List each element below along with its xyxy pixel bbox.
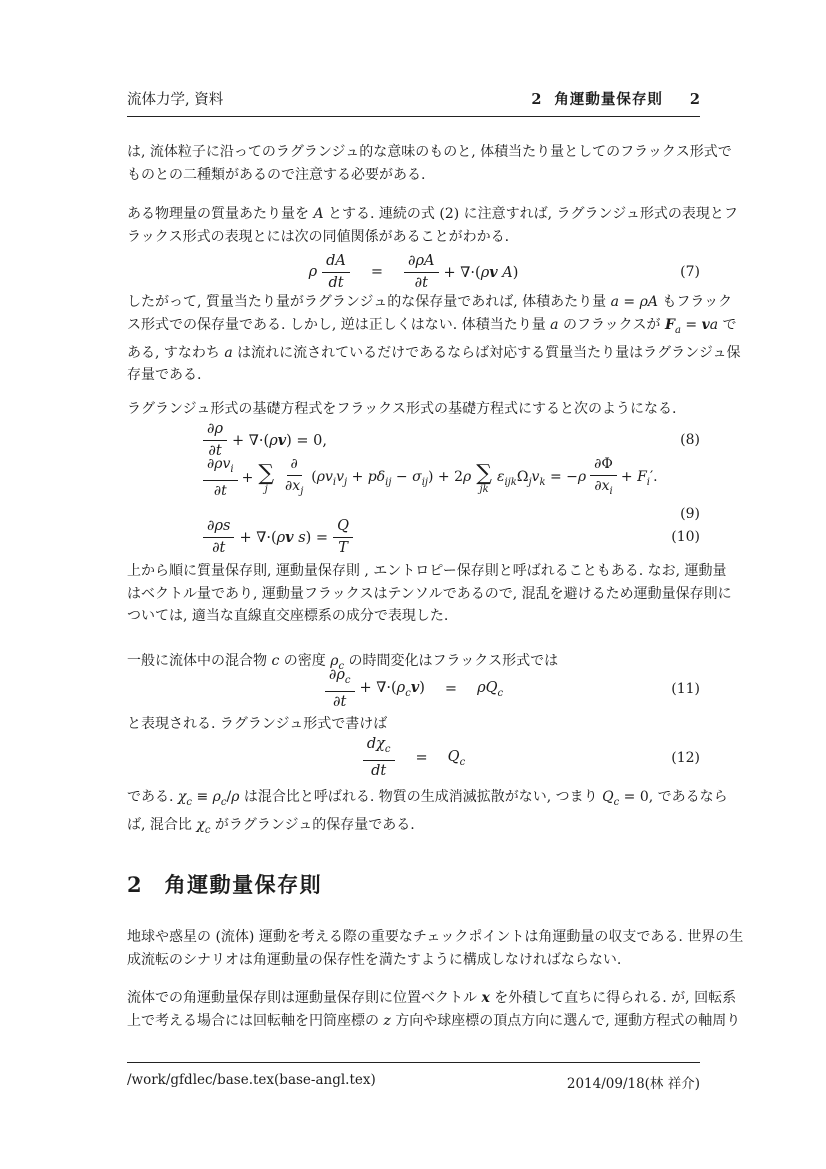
text-line: 流体での角運動量保存則は運動量保存則に位置ベクトル x を外積して直ちに得られる…	[127, 987, 700, 1010]
text-line: 地球や惑星の (流体) 運動を考える際の重要なチェックポイントは角運動量の収支で…	[127, 926, 700, 949]
fraction-numerator: dχc	[363, 735, 395, 761]
text-line: ある物理量の質量あたり量を A とする. 連続の式 (2) に注意すれば, ラグ…	[127, 203, 700, 226]
text-line: ものとの二種類があるので注意する必要がある.	[127, 164, 700, 187]
fraction-numerator: ∂ρs	[203, 517, 234, 538]
fraction-numerator: ∂	[287, 455, 302, 476]
footer-date-author: 2014/09/18(林 祥介)	[567, 1072, 700, 1092]
body-paragraph-1: は, 流体粒子に沿ってのラグランジュ的な意味のものと, 体積当たり量としてのフラ…	[127, 141, 700, 186]
fraction-denominator: ∂t	[208, 538, 229, 558]
fraction: dA dt	[322, 252, 350, 293]
fraction-denominator: ∂xi	[590, 476, 616, 501]
document-page: 流体力学, 資料 2角運動量保存則2 は, 流体粒子に沿ってのラグランジュ的な意…	[0, 0, 826, 1169]
sigma-symbol: ∑	[476, 462, 492, 485]
fraction: ∂ρs ∂t	[203, 517, 234, 558]
body-paragraph-7: と表現される. ラグランジュ形式で書けば	[127, 713, 700, 736]
equation-number: (11)	[671, 681, 700, 697]
fraction-numerator: ∂ρA	[404, 252, 439, 273]
fraction-denominator: ∂xj	[281, 476, 307, 501]
fraction: ∂ ∂xj	[281, 455, 307, 501]
body-paragraph-8: である. χc ≡ ρc/ρ は混合比と呼ばれる. 物質の生成消滅拡散がない, …	[127, 786, 700, 843]
fraction-denominator: dt	[324, 273, 347, 293]
math-fragment: + ∇·(ρv A)	[444, 264, 519, 281]
math-fragment: (ρvivj + pδij − σij) + 2ρ	[311, 469, 471, 488]
math-fragment: ρ	[309, 264, 318, 280]
header-section-title: 角運動量保存則	[554, 92, 663, 108]
text-line: はベクトル量であり, 運動量フラックスはテンソルであるので, 混乱を避けるため運…	[127, 583, 700, 606]
header-page-number: 2	[690, 91, 700, 108]
section-title: 角運動量保存則	[165, 873, 323, 897]
math-fragment: + ∇·(ρv s) =	[239, 529, 328, 546]
header-right: 2角運動量保存則2	[531, 88, 700, 109]
fraction: ∂ρA ∂t	[404, 252, 439, 293]
summation-index: j	[265, 485, 268, 495]
text-line: 上で考える場合には回転軸を円筒座標の z 方向や球座標の頂点方向に選んで, 運動…	[127, 1010, 700, 1033]
body-paragraph-5: 上から順に質量保存則, 運動量保存則 , エントロピー保存則と呼ばれることもある…	[127, 560, 700, 628]
fraction: dχc dt	[363, 735, 395, 781]
text-line: ス形式での保存量である. しかし, 逆は正しくはない. 体積当たり量 a のフラ…	[127, 314, 700, 342]
equals-sign: =	[445, 681, 457, 697]
footer-file-path: /work/gfdlec/base.tex(base-angl.tex)	[127, 1072, 376, 1092]
math-fragment: + ∇·(ρv) = 0,	[232, 432, 327, 449]
equation-number: (7)	[680, 264, 700, 280]
body-paragraph-10: 流体での角運動量保存則は運動量保存則に位置ベクトル x を外積して直ちに得られる…	[127, 987, 700, 1032]
text-line: 成流転のシナリオは角運動量の保存性を満たすように構成しなければならない.	[127, 949, 700, 972]
fraction-denominator: ∂t	[329, 692, 350, 712]
fraction-numerator: ∂ρ	[203, 420, 227, 441]
math-fragment: εijkΩjvk = −ρ	[497, 469, 586, 488]
text-column: 流体力学, 資料 2角運動量保存則2 は, 流体粒子に沿ってのラグランジュ的な意…	[127, 0, 700, 1169]
page-header: 流体力学, 資料 2角運動量保存則2	[127, 88, 700, 117]
text-line: は, 流体粒子に沿ってのラグランジュ的な意味のものと, 体積当たり量としてのフラ…	[127, 141, 700, 164]
math-fragment: Qc	[448, 749, 466, 768]
fraction-numerator: ∂Φ	[590, 455, 617, 476]
section-number: 2	[127, 872, 142, 897]
text-line: である. χc ≡ ρc/ρ は混合比と呼ばれる. 物質の生成消滅拡散がない, …	[127, 786, 700, 814]
math-fragment: ρQc	[477, 680, 503, 699]
header-section-number: 2	[531, 91, 541, 108]
summation: ∑ jk	[476, 462, 492, 495]
fraction-denominator: dt	[367, 761, 390, 781]
fraction-denominator: ∂t	[411, 273, 432, 293]
equals-sign: =	[371, 264, 383, 280]
fraction: Q T	[333, 517, 353, 558]
fraction: ∂Φ ∂xi	[590, 455, 617, 501]
body-paragraph-3: したがって, 質量当たり量がラグランジュ的な保存量であれば, 体積あたり量 a …	[127, 291, 700, 387]
fraction-numerator: ∂ρvi	[203, 455, 238, 481]
text-line: ラックス形式の表現とには次の同値関係があることがわかる.	[127, 226, 700, 249]
fraction: ∂ρc ∂t	[325, 666, 355, 712]
equation-number: (10)	[671, 529, 700, 545]
text-line: 上から順に質量保存則, 運動量保存則 , エントロピー保存則と呼ばれることもある…	[127, 560, 700, 583]
fraction-numerator: dA	[322, 252, 350, 273]
body-paragraph-2: ある物理量の質量あたり量を A とする. 連続の式 (2) に注意すれば, ラグ…	[127, 203, 700, 248]
equation-12: dχc dt = Qc (12)	[127, 736, 700, 780]
equation-number: (8)	[680, 432, 700, 448]
math-fragment: + Fi′.	[621, 469, 658, 488]
sigma-symbol: ∑	[258, 462, 274, 485]
header-doc-title: 流体力学, 資料	[127, 88, 223, 109]
text-line: ば, 混合比 χc がラグランジュ的保存量である.	[127, 814, 700, 842]
equation-number: (12)	[671, 750, 700, 766]
text-line: したがって, 質量当たり量がラグランジュ的な保存量であれば, 体積あたり量 a …	[127, 291, 700, 314]
text-line: 存量である.	[127, 364, 700, 387]
equals-sign: =	[416, 750, 428, 766]
fraction-numerator: Q	[333, 517, 353, 538]
fraction-denominator: T	[334, 538, 352, 558]
summation: ∑ j	[258, 462, 274, 495]
math-fragment: + ∇·(ρcv)	[360, 679, 425, 699]
body-paragraph-9: 地球や惑星の (流体) 運動を考える際の重要なチェックポイントは角運動量の収支で…	[127, 926, 700, 971]
summation-index: jk	[480, 485, 489, 495]
plus-sign: +	[242, 470, 254, 486]
section-heading: 2角運動量保存則	[127, 869, 700, 899]
equation-9: ∂ρvi ∂t + ∑ j ∂ ∂xj (ρvivj + pδij − σij)…	[127, 451, 700, 505]
text-line: と表現される. ラグランジュ形式で書けば	[127, 713, 700, 736]
text-line: ついては, 適当な直線直交座標系の成分で表現した.	[127, 605, 700, 628]
fraction-denominator: ∂t	[210, 481, 231, 501]
fraction-numerator: ∂ρc	[325, 666, 355, 692]
text-line: ある, すなわち a は流れに流されているだけであるならば対応する質量当たり量は…	[127, 342, 700, 365]
equation-7: ρ dA dt = ∂ρA ∂t + ∇·(ρv A) (7)	[127, 250, 700, 294]
fraction: ∂ρvi ∂t	[203, 455, 238, 501]
equation-11: ∂ρc ∂t + ∇·(ρcv) = ρQc (11)	[127, 667, 700, 711]
page-footer: /work/gfdlec/base.tex(base-angl.tex) 201…	[127, 1062, 700, 1092]
equation-10: ∂ρs ∂t + ∇·(ρv s) = Q T (10)	[127, 515, 700, 559]
